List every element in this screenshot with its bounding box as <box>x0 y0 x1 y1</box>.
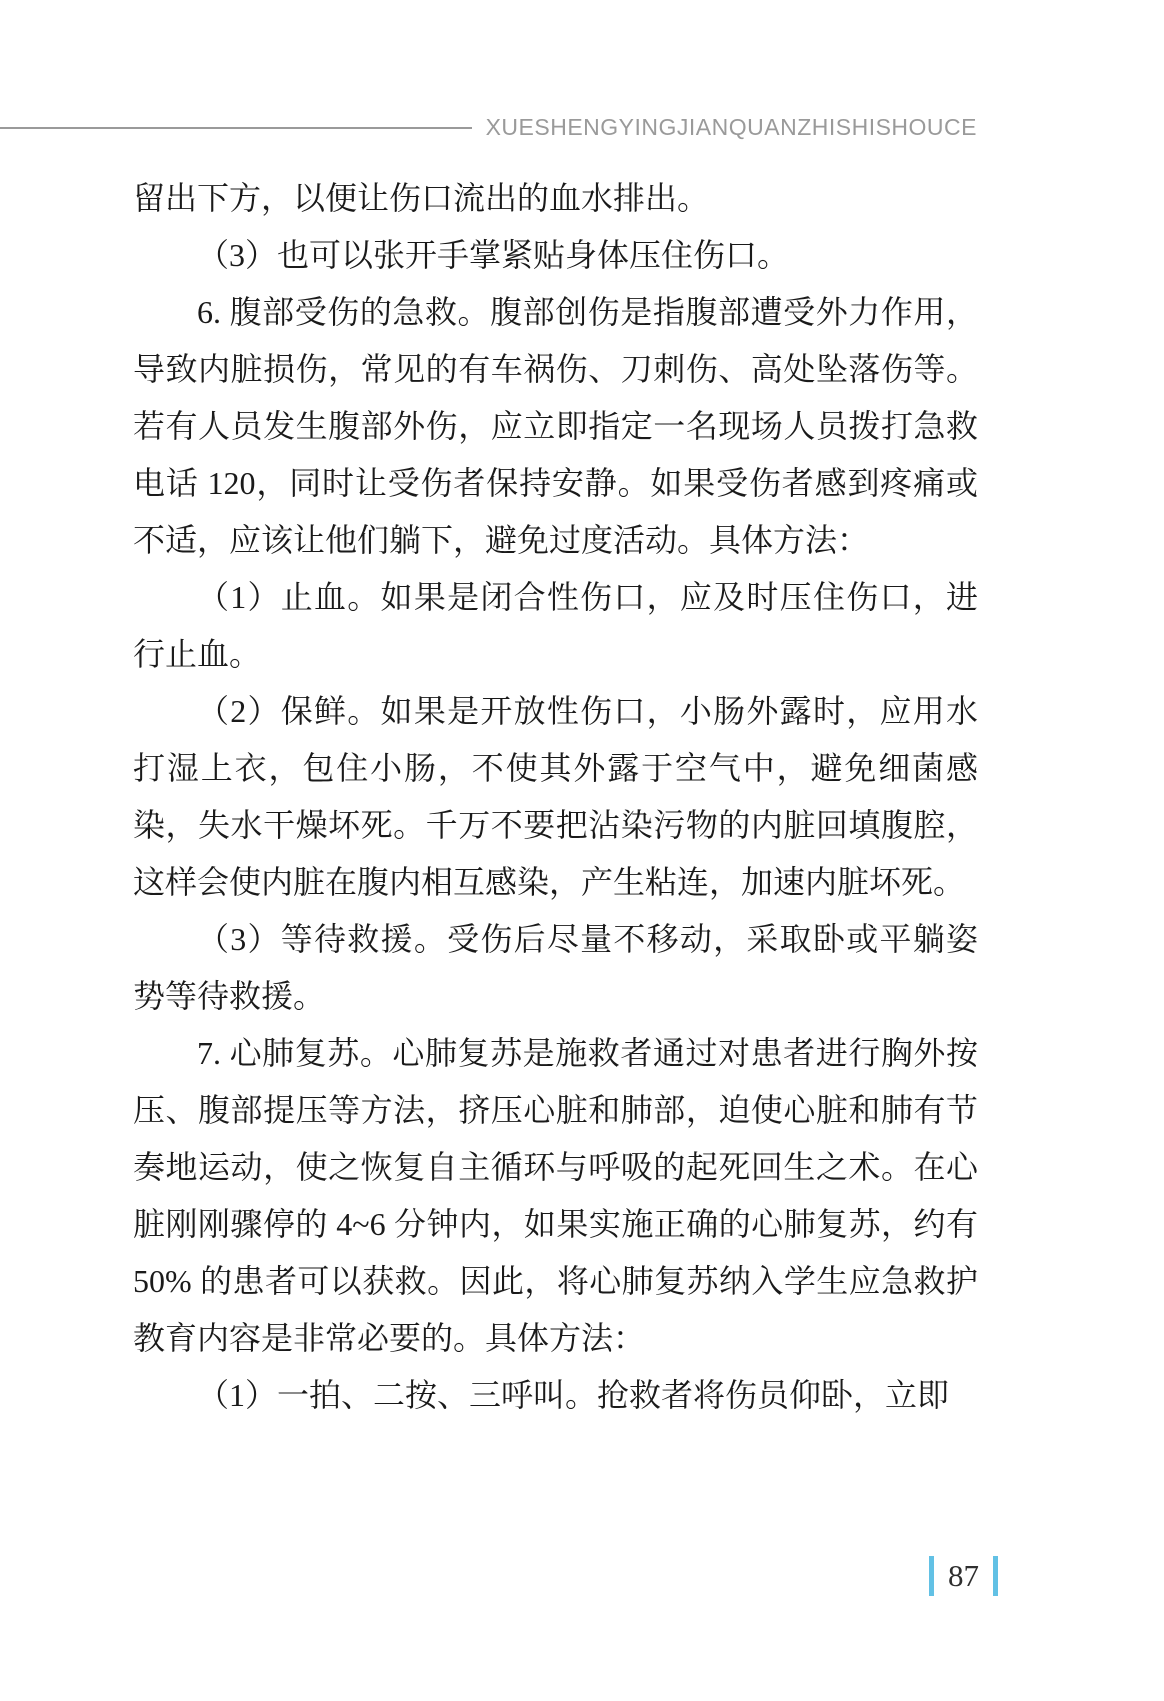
page-number-bar-right <box>993 1556 998 1596</box>
paragraph-item-2-keep-fresh: （2）保鲜。如果是开放性伤口，小肠外露时，应用水打湿上衣，包住小肠，不使其外露于… <box>133 683 978 911</box>
paragraph-item-3-hand-press: （3）也可以张开手掌紧贴身体压住伤口。 <box>133 227 978 284</box>
paragraph-item-1-pat-press-call: （1）一拍、二按、三呼叫。抢救者将伤员仰卧，立即 <box>133 1367 978 1424</box>
book-page: XUESHENGYINGJIANQUANZHISHISHOUCE 留出下方，以便… <box>0 0 1164 1701</box>
header-rule <box>0 127 472 129</box>
paragraph-item-3-wait-rescue: （3）等待救援。受伤后尽量不移动，采取卧或平躺姿势等待救援。 <box>133 911 978 1025</box>
paragraph-section-7-cpr: 7. 心肺复苏。心肺复苏是施救者通过对患者进行胸外按压、腹部提压等方法，挤压心脏… <box>133 1025 978 1367</box>
body-text: 留出下方，以便让伤口流出的血水排出。 （3）也可以张开手掌紧贴身体压住伤口。 6… <box>133 170 978 1424</box>
paragraph-item-1-stop-bleeding: （1）止血。如果是闭合性伤口，应及时压住伤口，进行止血。 <box>133 569 978 683</box>
page-number: 87 <box>934 1556 993 1596</box>
paragraph-continuation: 留出下方，以便让伤口流出的血水排出。 <box>133 170 978 227</box>
page-footer: 87 <box>929 1556 998 1596</box>
paragraph-section-6-abdominal-injury: 6. 腹部受伤的急救。腹部创伤是指腹部遭受外力作用，导致内脏损伤，常见的有车祸伤… <box>133 284 978 569</box>
running-title: XUESHENGYINGJIANQUANZHISHISHOUCE <box>486 114 977 141</box>
running-header: XUESHENGYINGJIANQUANZHISHISHOUCE <box>0 114 977 141</box>
